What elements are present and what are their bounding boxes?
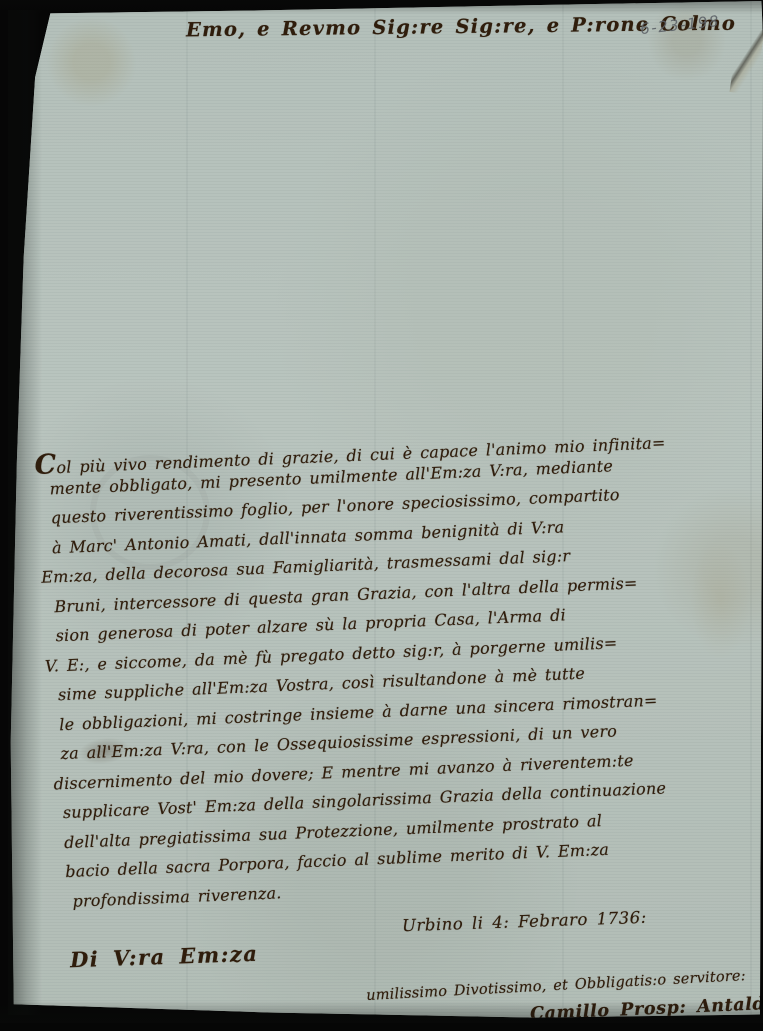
paper-top-edge-shadow [0, 0, 763, 14]
paper-left-edge-shadow [8, 10, 42, 1015]
manuscript-scan: Emo, e Revmo Sig:re Sig:re, e P:rone Col… [0, 0, 763, 1031]
paper-bottom-edge-shadow [0, 1001, 763, 1023]
letter-body: Col più vivo rendimento di grazie, di cu… [34, 421, 763, 922]
dateline: Urbino li 4: Febraro 1736: [402, 908, 647, 936]
addressee-line: Di V:ra Em:za [70, 941, 259, 973]
letter-paper-sheet: Emo, e Revmo Sig:re Sig:re, e P:rone Col… [0, 0, 763, 1031]
